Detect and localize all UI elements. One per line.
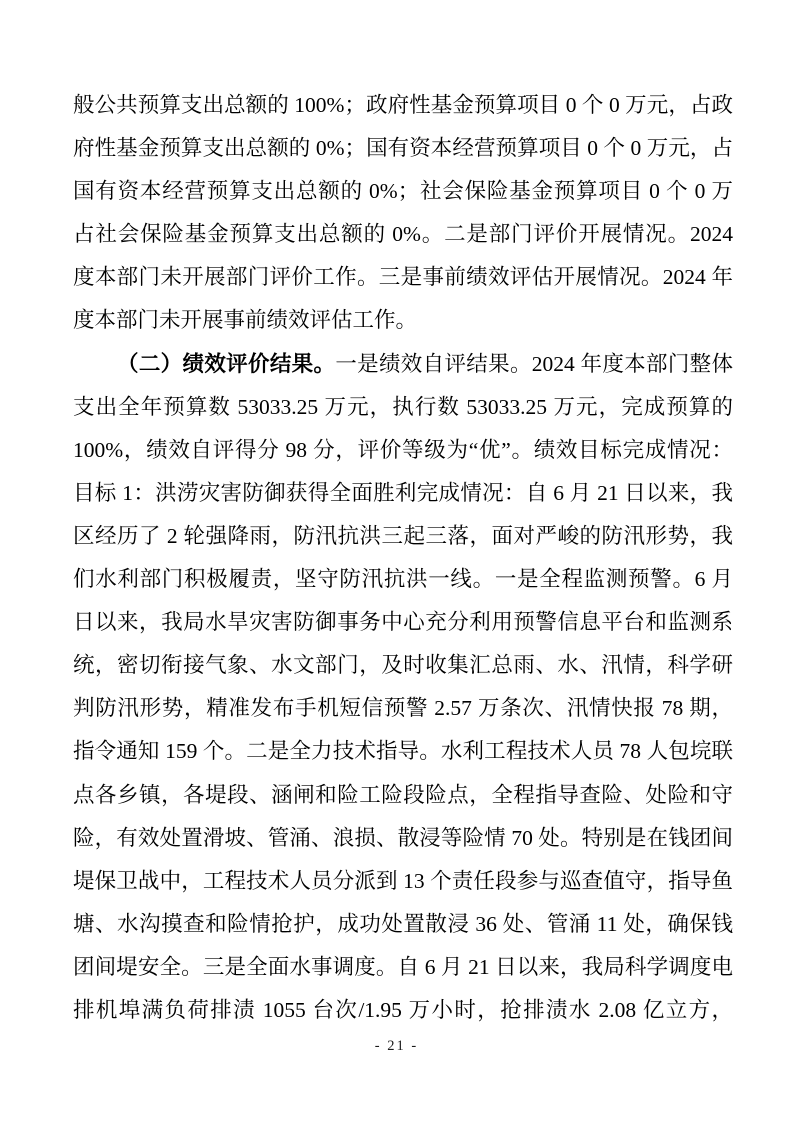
page-number: - 21 - [0,1034,793,1058]
text-line: 指令通知 159 个。二是全力技术指导。水利工程技术人员 78 人包垸联 [73,730,733,773]
text-line: 排机埠满负荷排渍 1055 台次/1.95 万小时，抢排渍水 2.08 亿立方， [73,989,733,1032]
text-line: 统，密切衔接气象、水文部门，及时收集汇总雨、水、汛情，科学研 [73,644,733,687]
text-line: 府性基金预算支出总额的 0%；国有资本经营预算项目 0 个 0 万元，占 [73,127,733,170]
text-line: 100%，绩效自评得分 98 分，评价等级为“优”。绩效目标完成情况： [73,429,733,472]
document-body: 般公共预算支出总额的 100%；政府性基金预算项目 0 个 0 万元，占政 府性… [73,84,733,1032]
document-page: 般公共预算支出总额的 100%；政府性基金预算项目 0 个 0 万元，占政 府性… [0,0,793,1122]
text-line: 点各乡镇，各堤段、涵闸和险工险段险点，全程指导查险、处险和守 [73,774,733,817]
text-line: 险，有效处置滑坡、管涌、浪损、散浸等险情 70 处。特别是在钱团间 [73,817,733,860]
text-line: 目标 1：洪涝灾害防御获得全面胜利完成情况：自 6 月 21 日以来，我 [73,472,733,515]
text-line: 区经历了 2 轮强降雨，防汛抗洪三起三落，面对严峻的防汛形势，我 [73,515,733,558]
text-run: 一是绩效自评结果。2024 年度本部门整体 [335,352,733,376]
text-line: 度本部门未开展部门评价工作。三是事前绩效评估开展情况。2024 年 [73,256,733,299]
text-line: 堤保卫战中，工程技术人员分派到 13 个责任段参与巡查值守，指导鱼 [73,860,733,903]
text-line: 占社会保险基金预算支出总额的 0%。二是部门评价开展情况。2024 年 [73,213,733,256]
paragraph-1: 般公共预算支出总额的 100%；政府性基金预算项目 0 个 0 万元，占政 府性… [73,84,733,343]
text-line: 日以来，我局水旱灾害防御事务中心充分利用预警信息平台和监测系 [73,601,733,644]
text-line: 支出全年预算数 53033.25 万元，执行数 53033.25 万元，完成预算… [73,386,733,429]
text-line: 般公共预算支出总额的 100%；政府性基金预算项目 0 个 0 万元，占政 [73,84,733,127]
text-line-with-heading: （二）绩效评价结果。一是绩效自评结果。2024 年度本部门整体 [73,343,733,386]
paragraph-2: （二）绩效评价结果。一是绩效自评结果。2024 年度本部门整体 支出全年预算数 … [73,343,733,1033]
text-line: 团间堤安全。三是全面水事调度。自 6 月 21 日以来，我局科学调度电 [73,946,733,989]
text-line: 塘、水沟摸查和险情抢护，成功处置散浸 36 处、管涌 11 处，确保钱 [73,903,733,946]
text-line: 国有资本经营预算支出总额的 0%；社会保险基金预算项目 0 个 0 万元， [73,170,733,213]
subsection-heading: （二）绩效评价结果。 [117,352,335,376]
text-line: 度本部门未开展事前绩效评估工作。 [73,299,733,342]
text-line: 判防汛形势，精准发布手机短信预警 2.57 万条次、汛情快报 78 期， [73,687,733,730]
text-line: 们水利部门积极履责，坚守防汛抗洪一线。一是全程监测预警。6 月 21 [73,558,733,601]
